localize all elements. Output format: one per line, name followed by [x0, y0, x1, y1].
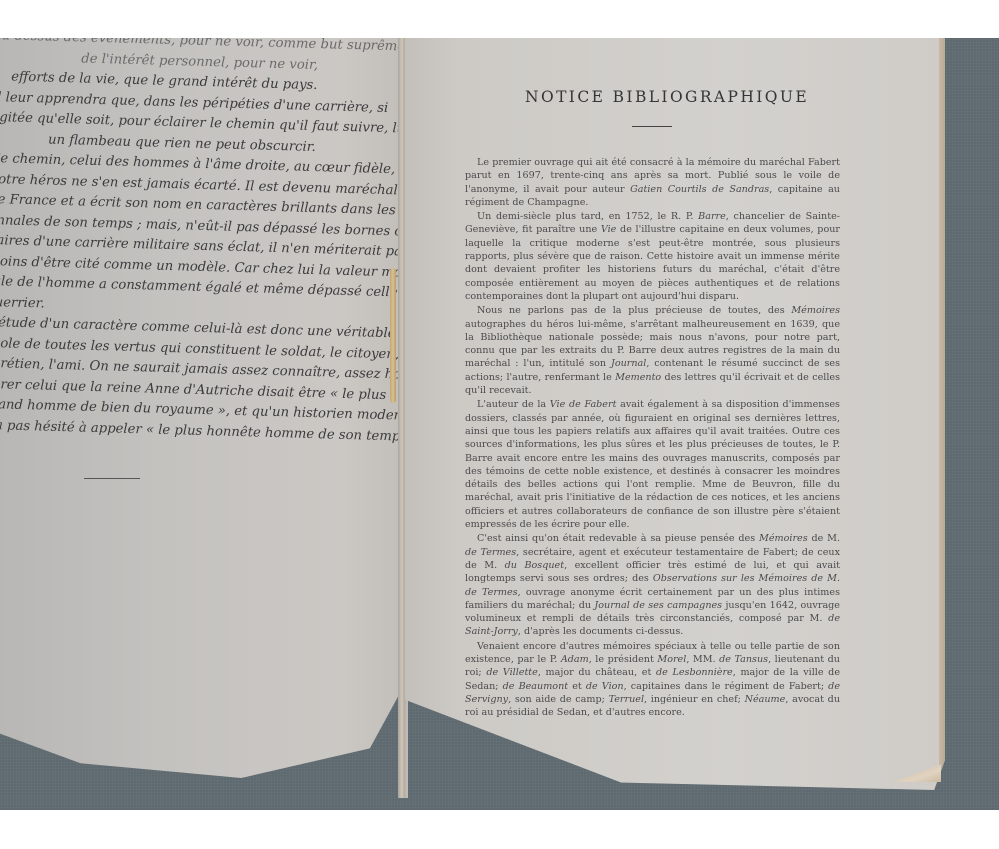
italic-text: de Termes [465, 547, 516, 558]
left-page-text: au-dessus des événements, pour ne voir, … [0, 38, 319, 445]
text-run: , major du château, et [538, 667, 656, 678]
italic-text: de Lesbonnière [656, 667, 733, 678]
text-run: , son aide de camp; [508, 694, 609, 705]
text-run: , d'après les documents ci-dessus. [518, 626, 683, 637]
italic-text: Terruel [609, 694, 644, 705]
text-run: de M. [808, 533, 840, 544]
italic-text: Journal de ses campagnes [594, 600, 722, 611]
text-run: C'est ainsi qu'on était redevable à sa p… [477, 533, 759, 544]
italic-text: Mémoires [791, 305, 840, 316]
text-run: de l'illustre capitaine en deux volumes,… [465, 224, 840, 301]
text-run: L'auteur de la [477, 399, 550, 410]
italic-text: du Bosquet [505, 560, 564, 571]
italic-text: Gatien Courtils de Sandras [630, 184, 769, 195]
italic-text: Memento [615, 372, 661, 383]
italic-text: de Vion [586, 681, 624, 692]
text-run: , le président [589, 654, 658, 665]
italic-text: Vie de Fabert [550, 399, 617, 410]
text-run: et [568, 681, 586, 692]
book-photograph: au-dessus des événements, pour ne voir, … [0, 38, 999, 810]
italic-text: de Beaumont [503, 681, 568, 692]
italic-text: Néaume [745, 694, 786, 705]
text-run: Nous ne parlons pas de la plus précieuse… [477, 305, 791, 316]
italic-text: Journal [611, 358, 646, 369]
page-title: NOTICE BIBLIOGRAPHIQUE [525, 88, 825, 106]
notice-body: Le premier ouvrage qui ait été consacré … [465, 156, 840, 720]
text-run: , ingénieur en chef; [644, 694, 745, 705]
italic-text: Adam [561, 654, 589, 665]
paragraph: Venaient encore d'autres mémoires spécia… [465, 640, 840, 720]
italic-text: Mémoires [759, 533, 808, 544]
text-run: Un demi-siècle plus tard, en 1752, le R.… [477, 211, 698, 222]
paragraph: Un demi-siècle plus tard, en 1752, le R.… [465, 210, 840, 303]
title-rule [632, 126, 672, 127]
text-run: avait également à sa disposition d'immen… [465, 399, 840, 530]
italic-text: Barre [698, 211, 726, 222]
italic-text: de Villette [486, 667, 538, 678]
paragraph: Nous ne parlons pas de la plus précieuse… [465, 304, 840, 397]
left-page: au-dessus des événements, pour ne voir, … [0, 38, 402, 778]
italic-text: Vie [601, 224, 617, 235]
italic-text: de Tansus [719, 654, 768, 665]
paragraph: C'est ainsi qu'on était redevable à sa p… [465, 532, 840, 638]
italic-text: Morel [657, 654, 686, 665]
text-run: , capitaines dans le régiment de Fabert; [624, 681, 829, 692]
text-run: , MM. [686, 654, 719, 665]
section-end-rule [84, 478, 140, 479]
binding-thread [390, 268, 396, 403]
paragraph: Le premier ouvrage qui ait été consacré … [465, 156, 840, 209]
paragraph: L'auteur de la Vie de Fabert avait égale… [465, 398, 840, 531]
